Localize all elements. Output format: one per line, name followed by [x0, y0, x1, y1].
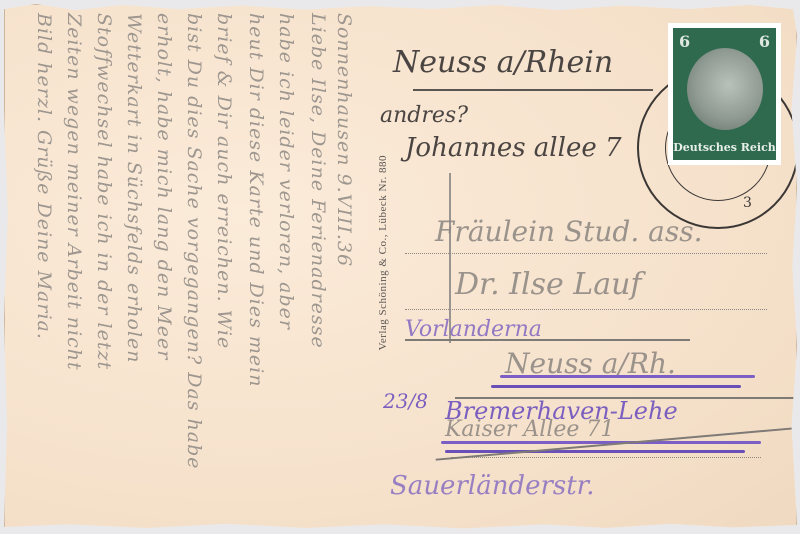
letter-line: bist Du dies Sache vorgegangen? Das habe [183, 13, 205, 470]
address-crossed-3: Kaiser Allee 71 [445, 417, 614, 442]
stamp-value-left: 6 [679, 32, 690, 51]
letter-line: Wetterkart in Süchsfelds erholen [123, 13, 145, 364]
violet-strike [491, 385, 741, 388]
letter-line: Bild herzl. Grüße Deine Maria. [33, 13, 55, 340]
violet-strike [500, 375, 755, 378]
address-recipient-title: Fräulein Stud. ass. [435, 215, 702, 248]
address-new: Sauerländerstr. [390, 471, 595, 501]
strike-line [405, 339, 690, 341]
forwarding-city: Neuss a/Rhein [393, 45, 613, 80]
address-recipient-name: Dr. Ilse Lauf [455, 267, 642, 302]
address-line-2 [405, 309, 767, 310]
letter-line: Liebe Ilse, Deine Ferienadresse [307, 13, 329, 349]
postcard-back: Sonnenhausen 9.VIII.36 Liebe Ilse, Deine… [4, 4, 797, 530]
stamp-value-right: 6 [759, 32, 770, 51]
letter-line: Stoffwechsel habe ich in der letzt [93, 13, 115, 370]
publisher-imprint: Verlag Schöning & Co., Lübeck Nr. 880 [377, 155, 389, 350]
letter-line: heut Dir diese Karte und Dies mein [245, 13, 267, 387]
stamp-portrait-icon [687, 48, 763, 130]
stamp-country: Deutsches Reich [673, 141, 776, 154]
address-line-1 [405, 253, 767, 254]
forwarding-line: andres? [380, 103, 468, 128]
postmark-digit: 3 [743, 195, 752, 211]
postage-stamp: 6 6 Deutsches Reich [668, 23, 781, 165]
letter-line: brief & Dir auch erreichen. Wie [213, 13, 235, 349]
address-line-4 [451, 457, 761, 458]
date-note: 23/8 [383, 389, 428, 413]
letter-line: erholt, habe mich lang den Meer [153, 13, 175, 360]
letter-date-line: Sonnenhausen 9.VIII.36 [333, 13, 355, 267]
underline [413, 89, 653, 91]
violet-strike [445, 450, 745, 453]
letter-line: Zeiten wegen meiner Arbeit nicht [63, 13, 85, 371]
forwarding-street: Johannes allee 7 [405, 133, 622, 163]
letter-line: habe ich leider verloren, aber [275, 13, 297, 330]
